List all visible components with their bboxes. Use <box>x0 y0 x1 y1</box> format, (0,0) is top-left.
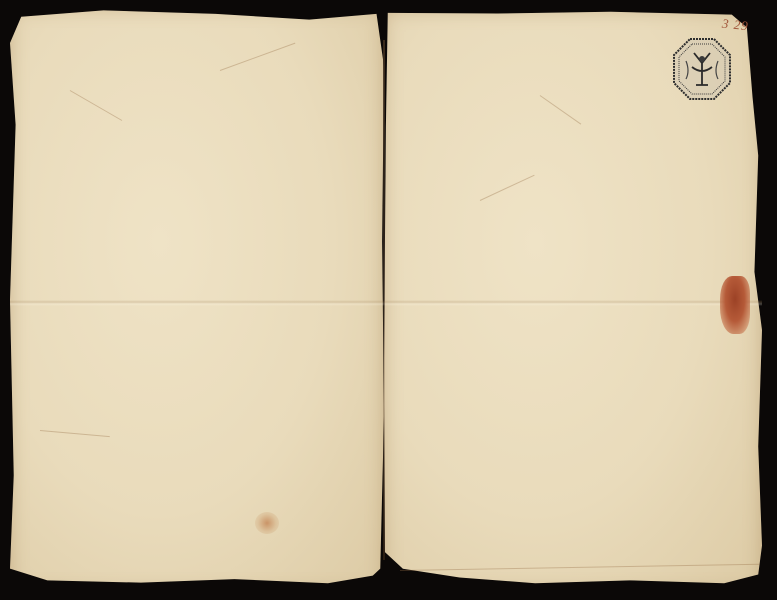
stamp-seal-icon <box>672 37 732 101</box>
foxing-stain <box>255 512 279 534</box>
folio-number: 3 29 <box>721 16 749 35</box>
horizontal-fold <box>10 300 762 306</box>
wax-seal-remnant <box>720 276 750 334</box>
center-seam <box>383 40 385 560</box>
